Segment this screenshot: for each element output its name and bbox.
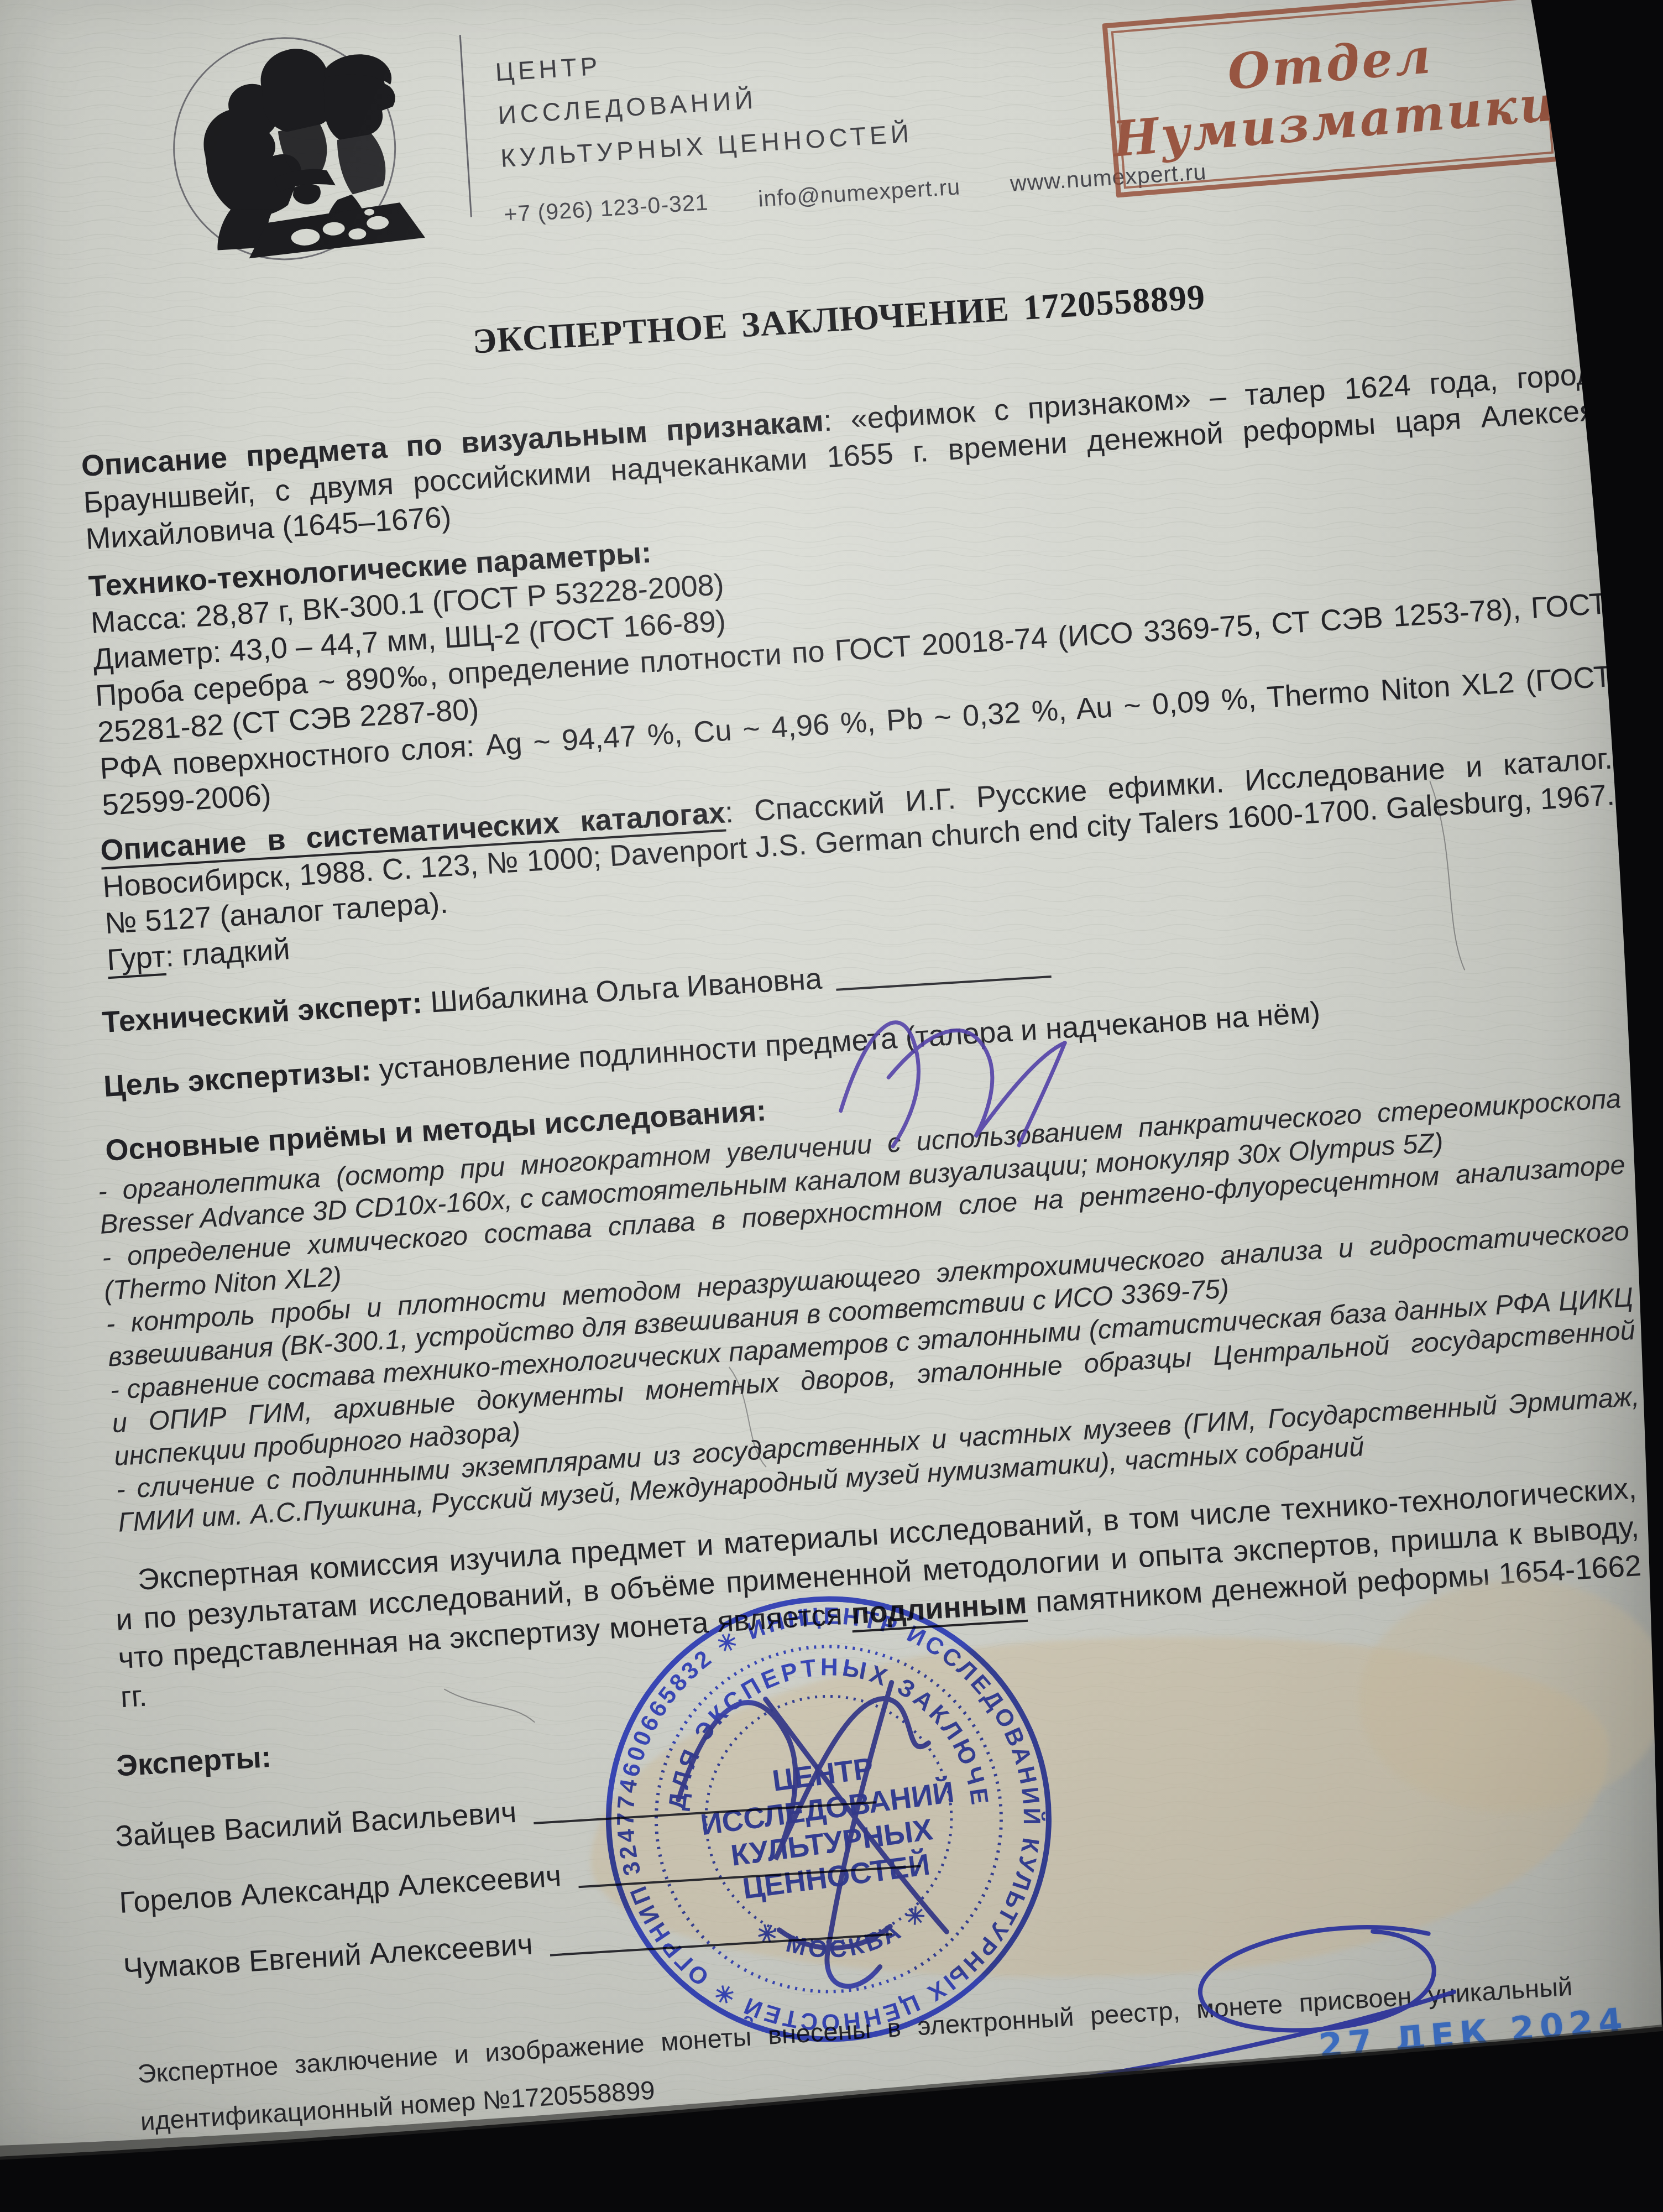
expert-name: Зайцев Василий Васильевич xyxy=(114,1796,517,1853)
org-phone: +7 (926) 123-0-321 xyxy=(503,189,709,227)
technical-expert-name: Шибалкина Ольга Ивановна xyxy=(421,962,823,1019)
expert-name: Горелов Александр Алексеевич xyxy=(118,1859,562,1919)
expert-name: Чумаков Евгений Алексеевич xyxy=(122,1928,534,1986)
org-round-seal: ЦЕНТР ИССЛЕДОВАНИЙ КУЛЬТУРНЫХ ЦЕННОСТЕЙ … xyxy=(571,1562,1086,2077)
numismatics-department-stamp-border: Отдел Нумизматики xyxy=(1111,0,1554,189)
org-email: info@numexpert.ru xyxy=(757,174,961,211)
org-logo-icon xyxy=(127,13,451,275)
edge-label: Гурт xyxy=(106,940,166,977)
technical-expert-label: Технический эксперт: xyxy=(101,987,423,1039)
edge-value: : гладкий xyxy=(164,932,291,973)
purpose-label: Цель экспертизы: xyxy=(103,1054,372,1103)
header-divider xyxy=(459,35,472,217)
signature-line xyxy=(836,975,1052,991)
document-page: ЦЕНТР ИССЛЕДОВАНИЙ КУЛЬТУРНЫХ ЦЕННОСТЕЙ … xyxy=(0,0,1663,2212)
seal-inner-ring-bottom-text: ✳ МОСКВА ✳ xyxy=(749,1895,939,1974)
photo-of-expert-report: { "colors": { "background": "#08080a", "… xyxy=(0,0,1663,2212)
document-content: ЦЕНТР ИССЛЕДОВАНИЙ КУЛЬТУРНЫХ ЦЕННОСТЕЙ … xyxy=(0,0,1663,2212)
svg-text:✳ МОСКВА ✳: ✳ МОСКВА ✳ xyxy=(749,1895,939,1974)
